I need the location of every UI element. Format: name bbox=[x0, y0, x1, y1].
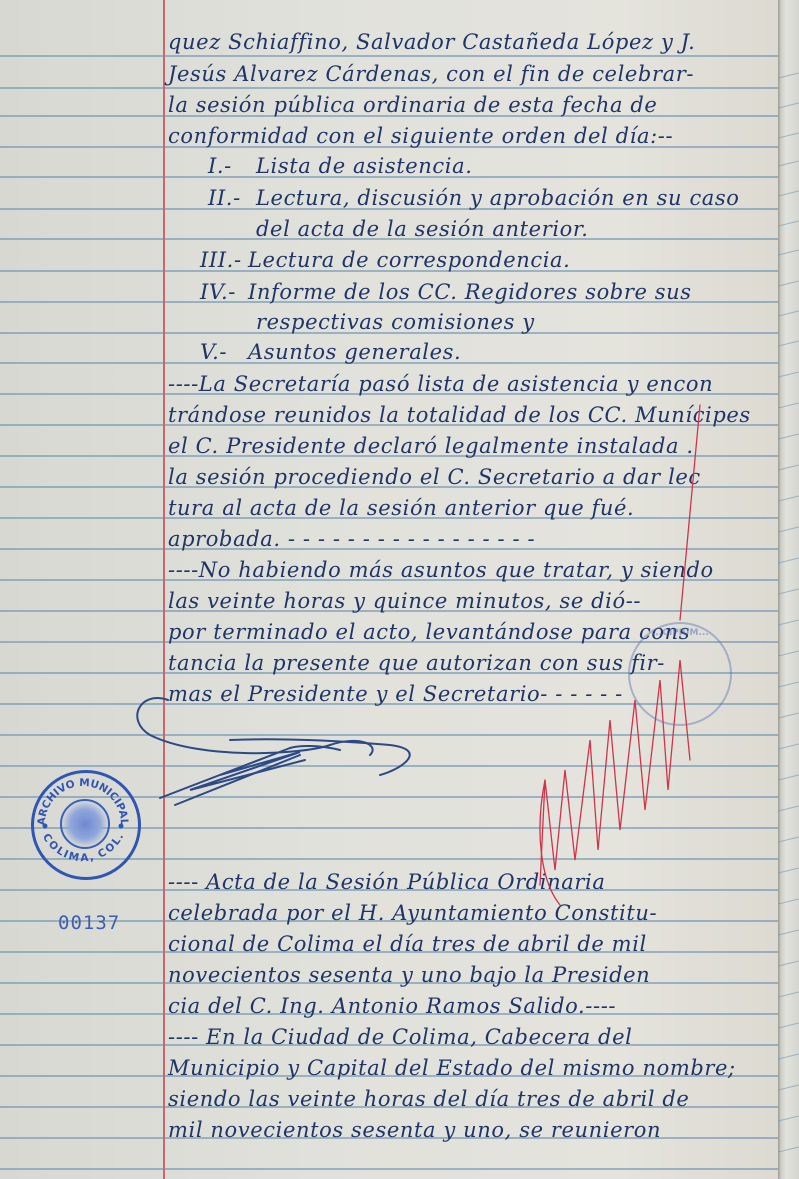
agenda-item: IV.-Informe de los CC. Regidores sobre s… bbox=[200, 280, 692, 304]
text-line: ----La Secretaría pasó lista de asistenc… bbox=[168, 372, 713, 396]
folio-number: 00137 bbox=[58, 912, 120, 934]
text-line: conformidad con el siguiente orden del d… bbox=[168, 124, 673, 148]
text-line: Municipio y Capital del Estado del mismo… bbox=[168, 1056, 736, 1080]
text-line: el C. Presidente declaró legalmente inst… bbox=[168, 434, 694, 458]
text-line: novecientos sesenta y uno bajo la Presid… bbox=[168, 963, 650, 987]
agenda-item: V.-Asuntos generales. bbox=[200, 340, 461, 364]
text-line: quez Schiaffino, Salvador Castañeda Lópe… bbox=[168, 30, 695, 54]
text-line: cia del C. Ing. Antonio Ramos Salido.---… bbox=[168, 994, 616, 1018]
text-line: la sesión procediendo el C. Secretario a… bbox=[168, 465, 701, 489]
agenda-item: III.-Lectura de correspondencia. bbox=[200, 248, 570, 272]
text-line: cional de Colima el día tres de abril de… bbox=[168, 932, 647, 956]
text-line: mas el Presidente y el Secretario- - - -… bbox=[168, 682, 623, 706]
faint-round-stamp: ...CIPIUM... bbox=[628, 622, 732, 726]
text-line: mil novecientos sesenta y uno, se reunie… bbox=[168, 1118, 661, 1142]
svg-text:ARCHIVO MUNICIPAL: ARCHIVO MUNICIPAL bbox=[36, 777, 130, 826]
president-signature bbox=[137, 698, 409, 805]
agenda-item-continuation: del acta de la sesión anterior. bbox=[256, 217, 589, 241]
ledger-page: quez Schiaffino, Salvador Castañeda Lópe… bbox=[0, 0, 778, 1179]
agenda-item: I.-Lista de asistencia. bbox=[208, 154, 472, 178]
text-line: la sesión pública ordinaria de esta fech… bbox=[168, 93, 657, 117]
text-line: tura al acta de la sesión anterior que f… bbox=[168, 496, 634, 520]
text-line: las veinte horas y quince minutos, se di… bbox=[168, 589, 641, 613]
text-line: ----No habiendo más asuntos que tratar, … bbox=[168, 558, 714, 582]
text-line: tancia la presente que autorizan con sus… bbox=[168, 651, 665, 675]
text-line: aprobada. - - - - - - - - - - - - - - - … bbox=[168, 527, 535, 551]
text-line: trándose reunidos la totalidad de los CC… bbox=[168, 403, 751, 427]
margin-line bbox=[163, 0, 165, 1179]
text-line: por terminado el acto, levantándose para… bbox=[168, 620, 690, 644]
agenda-item-continuation: respectivas comisiones y bbox=[256, 310, 535, 334]
archive-stamp: ARCHIVO MUNICIPAL COLIMA, COL. bbox=[31, 770, 141, 880]
text-line: siendo las veinte horas del día tres de … bbox=[168, 1087, 689, 1111]
stamp-ring-text: ARCHIVO MUNICIPAL COLIMA, COL. bbox=[31, 770, 135, 874]
page-edge bbox=[778, 0, 799, 1179]
text-line: celebrada por el H. Ayuntamiento Constit… bbox=[168, 901, 657, 925]
text-line: Jesús Alvarez Cárdenas, con el fin de ce… bbox=[168, 62, 694, 86]
svg-text:COLIMA, COL.: COLIMA, COL. bbox=[40, 831, 126, 864]
text-line: ---- Acta de la Sesión Pública Ordinaria bbox=[168, 870, 605, 894]
agenda-item: II.-Lectura, discusión y aprobación en s… bbox=[208, 186, 740, 210]
text-line: ---- En la Ciudad de Colima, Cabecera de… bbox=[168, 1025, 632, 1049]
